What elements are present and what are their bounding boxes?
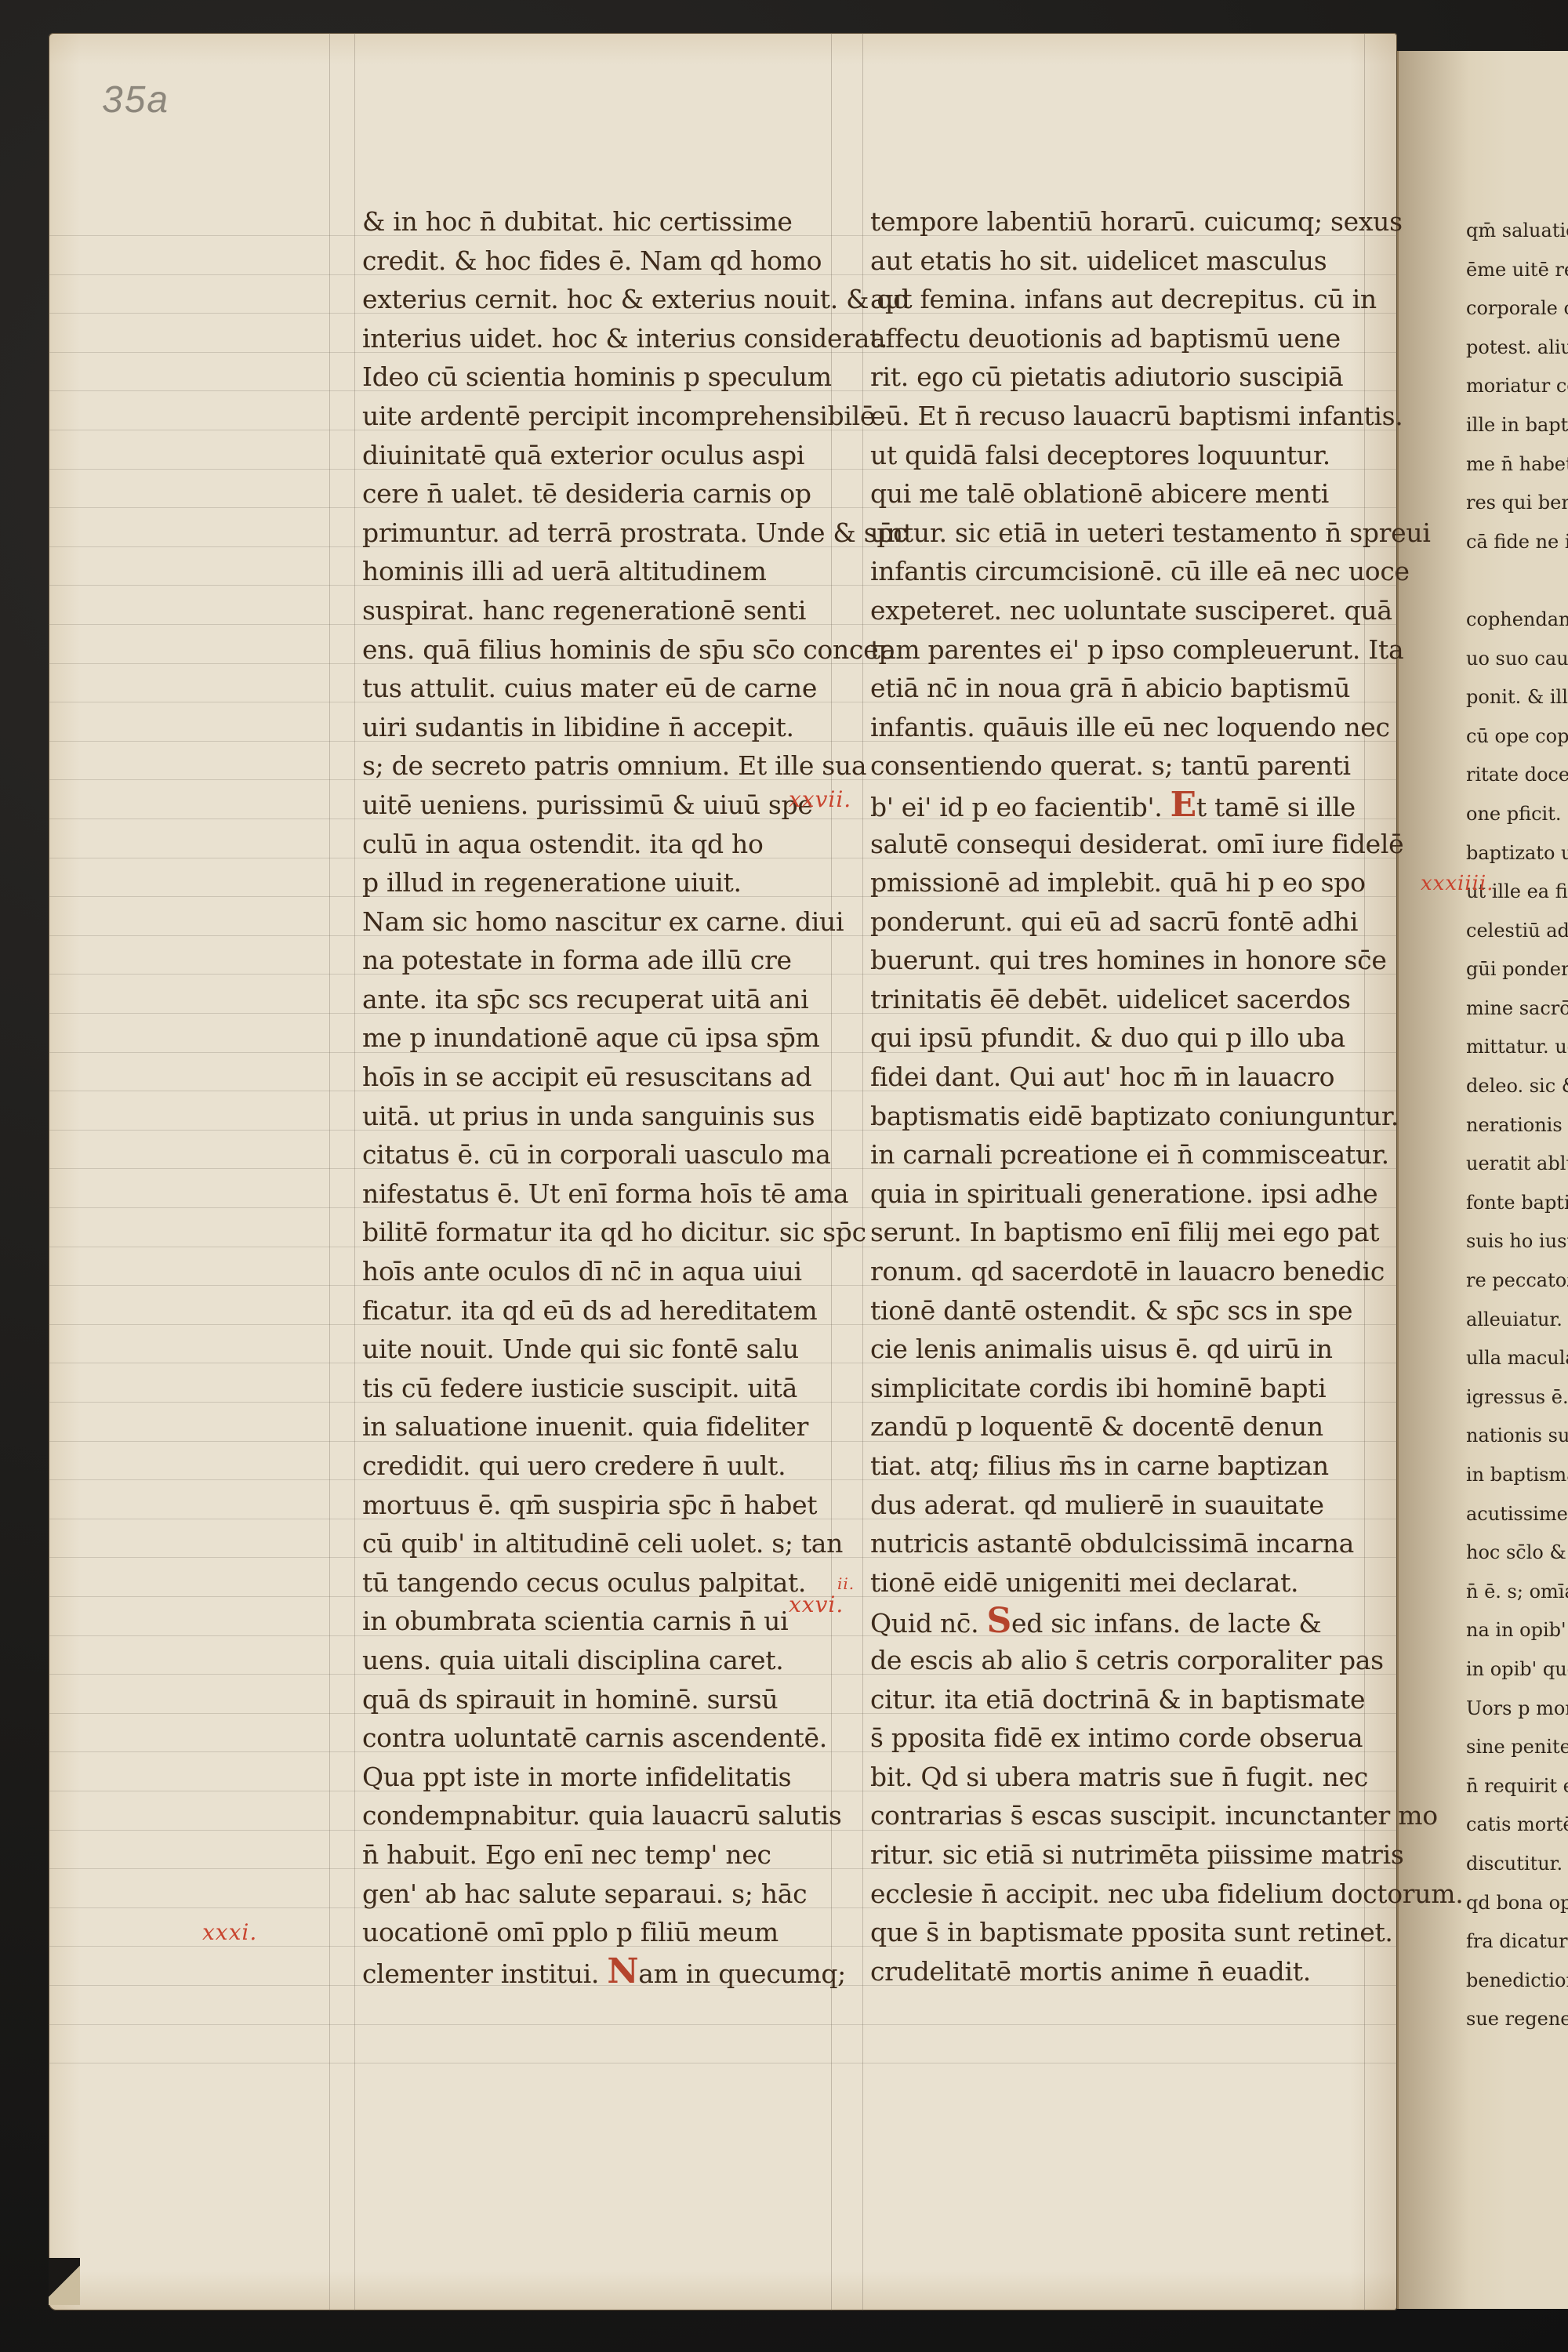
- text-line: in obumbrata scientia carnis n̄ ui: [362, 1602, 848, 1641]
- text-line: moriatur conterit.: [1466, 367, 1568, 406]
- text-line: pmissionē ad implebit. quā hi p eo spo: [870, 863, 1372, 902]
- text-line: uocationē omī pplo p filiū meum: [362, 1913, 848, 1952]
- text-line: qd bona opa fuis: [1466, 1884, 1568, 1923]
- text-line: in opib' que ptin: [1466, 1650, 1568, 1690]
- text-line: infantis. quāuis ille eū nec loquendo ne…: [870, 708, 1372, 747]
- text-line: deleo. sic & in i: [1466, 1067, 1568, 1106]
- text-line: uitā. ut prius in unda sanguinis sus: [362, 1097, 848, 1136]
- text-line: n̄ ē. s; omīa apta: [1466, 1573, 1568, 1612]
- text-line: cie lenis animalis uisus ē. qd uirū in: [870, 1330, 1372, 1369]
- ruling-line: [862, 33, 863, 2310]
- text-line: nationis sue cin: [1466, 1417, 1568, 1456]
- text-line: ritur. sic etiā si nutrimēta piissime ma…: [870, 1835, 1372, 1875]
- text-line: fidei dant. Qui aut' hoc m̄ in lauacro: [870, 1058, 1372, 1097]
- folio-number: 35a: [102, 78, 169, 122]
- text-line: Quid nc̄. Sed sic infans. de lacte &: [870, 1602, 1372, 1641]
- text-column-middle: tempore labentiū horarū. cuicumq; sexusa…: [870, 202, 1372, 1991]
- text-line: potest. alius ei illo: [1466, 328, 1568, 368]
- text-line: ponderunt. qui eū ad sacrū fontē adhi: [870, 902, 1372, 942]
- text-line: me p inundationē aque cū ipsa sp̄m: [362, 1018, 848, 1058]
- text-line: me n̄ habet. ad: [1466, 445, 1568, 485]
- text-line: tus attulit. cuius mater eū de carne: [362, 669, 848, 708]
- text-line: ante. ita sp̄c scs recuperat uitā ani: [362, 980, 848, 1019]
- text-line: discutitur. Ubi qu: [1466, 1845, 1568, 1884]
- text-line: sine penitentia o: [1466, 1728, 1568, 1767]
- text-line: nerationis pfun: [1466, 1106, 1568, 1145]
- text-line: tam parentes ei' p ipso compleuerunt. It…: [870, 630, 1372, 670]
- text-line: etiā nc̄ in noua grā n̄ abicio baptismū: [870, 669, 1372, 708]
- text-line: baptizato uba: [1466, 834, 1568, 873]
- text-line: aut etatis ho sit. uidelicet masculus: [870, 241, 1372, 281]
- text-line: uitē ueniens. purissimū & uiuū spe: [362, 786, 848, 825]
- text-line: in carnali pcreatione ei n̄ commisceatur…: [870, 1135, 1372, 1174]
- text-line: nifestatus ē. Ut enī forma hoīs tē ama: [362, 1174, 848, 1214]
- text-line: de escis ab alio s̄ cetris corporaliter …: [870, 1641, 1372, 1680]
- text-line: [1466, 561, 1568, 601]
- text-line: baptismatis eidē baptizato coniunguntur.: [870, 1097, 1372, 1136]
- text-line: culū in aqua ostendit. ita qd ho: [362, 825, 848, 864]
- text-line: condempnabitur. quia lauacrū salutis: [362, 1796, 848, 1835]
- text-line: uo suo causā su: [1466, 640, 1568, 679]
- text-line: quā ds spirauit in hominē. sursū: [362, 1680, 848, 1719]
- text-line: ulla macula pe: [1466, 1339, 1568, 1378]
- text-line: hominis illi ad uerā altitudinem: [362, 552, 848, 591]
- text-line: ut quidā falsi deceptores loquuntur.: [870, 436, 1372, 475]
- ruling-line: [49, 2024, 1397, 2025]
- text-line: bit. Qd si ubera matris sue n̄ fugit. ne…: [870, 1758, 1372, 1797]
- text-line: contra uoluntatē carnis ascendentē.: [362, 1719, 848, 1758]
- text-line: cere n̄ ualet. tē desideria carnis op: [362, 474, 848, 514]
- text-line: credit. & hoc fides ē. Nam qd homo: [362, 241, 848, 281]
- text-line: Ideo cū scientia hominis p speculum: [362, 358, 848, 397]
- text-line: uiri sudantis in libidine n̄ accepit.: [362, 708, 848, 747]
- text-line: benedictionis baptis: [1466, 1962, 1568, 2001]
- text-line: simplicitate cordis ibi hominē bapti: [870, 1369, 1372, 1408]
- text-line: credidit. qui uero credere n̄ uult.: [362, 1446, 848, 1486]
- text-line: gūi pondere p: [1466, 950, 1568, 989]
- text-line: infantis circumcisionē. cū ille eā nec u…: [870, 552, 1372, 591]
- text-line: hoīs ante oculos dī nc̄ in aqua uiui: [362, 1252, 848, 1291]
- text-line: quia in spirituali generatione. ipsi adh…: [870, 1174, 1372, 1214]
- text-line: n̄ requirit eā. ui: [1466, 1767, 1568, 1806]
- text-line: ritate docet. &: [1466, 756, 1568, 795]
- text-line: untur. sic etiā in ueteri testamento n̄ …: [870, 514, 1372, 553]
- text-line: catis mortē. mor: [1466, 1806, 1568, 1845]
- text-line: tis cū federe iusticie suscipit. uitā: [362, 1369, 848, 1408]
- ruling-line: [329, 33, 330, 2310]
- text-line: salutē consequi desiderat. omī iure fide…: [870, 825, 1372, 864]
- text-line: serunt. In baptismo enī filij mei ego pa…: [870, 1213, 1372, 1252]
- text-line: expeteret. nec uoluntate susciperet. quā: [870, 591, 1372, 630]
- text-column-left: & in hoc n̄ dubitat. hic certissimecredi…: [362, 202, 848, 1991]
- text-line: s; de secreto patris omnium. Et ille sua: [362, 746, 848, 786]
- text-line: acutissime pspic: [1466, 1495, 1568, 1534]
- text-line: Uors p mortē pl: [1466, 1690, 1568, 1729]
- text-line: p illud in regeneratione uiuit.: [362, 863, 848, 902]
- text-line: trinitatis ēē debēt. uidelicet sacerdos: [870, 980, 1372, 1019]
- text-line: tionē eidē unigeniti mei declarat.: [870, 1563, 1372, 1602]
- text-line: cophendant pp: [1466, 601, 1568, 640]
- text-line: fonte baptisma: [1466, 1184, 1568, 1223]
- text-line: alleuiatur. Nam: [1466, 1301, 1568, 1340]
- text-line: dus aderat. qd mulierē in suauitate: [870, 1486, 1372, 1525]
- text-line: tū tangendo cecus oculus palpitat.: [362, 1563, 848, 1602]
- text-line: na in opib' mort: [1466, 1611, 1568, 1650]
- text-line: Nam sic homo nascitur ex carne. diui: [362, 902, 848, 942]
- text-line: cū ope coplet. &: [1466, 717, 1568, 757]
- text-line: eū. Et n̄ recuso lauacrū baptismi infant…: [870, 397, 1372, 436]
- text-line: mine sacrō sc̄e: [1466, 989, 1568, 1029]
- text-line: tempore labentiū horarū. cuicumq; sexus: [870, 202, 1372, 241]
- text-line: uite nouit. Unde qui sic fontē salu: [362, 1330, 848, 1369]
- text-line: b' ei' id p eo facientib'. Et tamē si il…: [870, 786, 1372, 825]
- folded-corner: [49, 2258, 80, 2305]
- decorated-initial: N: [607, 1951, 638, 1991]
- text-line: interius uidet. hoc & interius considera…: [362, 319, 848, 358]
- text-line: diuinitatē quā exterior oculus aspi: [362, 436, 848, 475]
- text-line: rit. ego cū pietatis adiutorio suscipiā: [870, 358, 1372, 397]
- text-line: corporale cibū d: [1466, 289, 1568, 328]
- text-line: cū quib' in altitudinē celi uolet. s; ta…: [362, 1524, 848, 1563]
- text-line: re peccatoꝝ su: [1466, 1261, 1568, 1301]
- text-line: clementer institui. Nam in quecumq;: [362, 1952, 848, 1991]
- text-column-facing: qm̄ saluationē anēme uitē recusancorpora…: [1466, 212, 1568, 2039]
- chapter-number-rubric: xxxi.: [202, 1919, 257, 1945]
- text-line: in baptismate m: [1466, 1456, 1568, 1495]
- text-line: crudelitatē mortis anime n̄ euadit.: [870, 1952, 1372, 1991]
- text-line: gen' ab hac salute separaui. s; hāc: [362, 1875, 848, 1914]
- chapter-number-rubric: xxvi.: [789, 1592, 844, 1617]
- text-line: res qui ben ipsi: [1466, 484, 1568, 523]
- text-line: bilitē formatur ita qd ho dicitur. sic s…: [362, 1213, 848, 1252]
- text-line: ille in baptismo: [1466, 406, 1568, 445]
- text-line: buerunt. qui tres homines in honore sc̄e: [870, 941, 1372, 980]
- text-line: ecclesie n̄ accipit. nec uba fidelium do…: [870, 1875, 1372, 1914]
- text-line: hoīs in se accipit eū resuscitans ad: [362, 1058, 848, 1097]
- text-line: ueratit abluo.: [1466, 1145, 1568, 1184]
- text-line: ens. quā filius hominis de sp̄u sc̄o con…: [362, 630, 848, 670]
- text-line: nutricis astantē obdulcissimā incarna: [870, 1524, 1372, 1563]
- text-line: mittatur. uere o: [1466, 1028, 1568, 1067]
- text-line: in saluatione inuenit. quia fideliter: [362, 1407, 848, 1446]
- text-line: igressus ē. cū ma: [1466, 1378, 1568, 1417]
- text-line: suspirat. hanc regenerationē senti: [362, 591, 848, 630]
- text-line: uens. quia uitali disciplina caret.: [362, 1641, 848, 1680]
- text-line: exterius cernit. hoc & exterius nouit. &…: [362, 280, 848, 319]
- text-line: consentiendo querat. s; tantū parenti: [870, 746, 1372, 786]
- text-line: zandū p loquentē & docentē denun: [870, 1407, 1372, 1446]
- chapter-number-rubric: xxvii.: [789, 786, 851, 812]
- text-line: contrarias s̄ escas suscipit. incunctant…: [870, 1796, 1372, 1835]
- text-line: one pficit. ac fi: [1466, 795, 1568, 834]
- text-line: na potestate in forma ade illū cre: [362, 941, 848, 980]
- text-line: sue regeneratio: [1466, 2000, 1568, 2039]
- text-line: ronum. qd sacerdotē in lauacro benedic: [870, 1252, 1372, 1291]
- chapter-number-superscript: ii.: [837, 1574, 855, 1593]
- text-line: tionē dantē ostendit. & sp̄c scs in spe: [870, 1291, 1372, 1330]
- text-line: celestiū ad imp: [1466, 912, 1568, 951]
- ruling-line: [49, 2063, 1397, 2063]
- text-line: fra dicatur ilis: [1466, 1922, 1568, 1962]
- text-line: & in hoc n̄ dubitat. hic certissime: [362, 202, 848, 241]
- text-line: uite ardentē percipit incomprehensibilē: [362, 397, 848, 436]
- text-line: ēme uitē recusan: [1466, 251, 1568, 290]
- text-line: s̄ pposita fidē ex intimo corde obserua: [870, 1719, 1372, 1758]
- text-line: citatus ē. cū in corporali uasculo ma: [362, 1135, 848, 1174]
- decorated-initial: E: [1171, 785, 1196, 825]
- text-line: ficatur. ita qd eū ds ad hereditatem: [362, 1291, 848, 1330]
- text-line: Qua ppt iste in morte infidelitatis: [362, 1758, 848, 1797]
- text-line: hoc sc̄lo & in etn: [1466, 1534, 1568, 1573]
- text-line: mortuus ē. qm̄ suspiria sp̄c n̄ habet: [362, 1486, 848, 1525]
- chapter-number-rubric: xxxiiii.: [1421, 872, 1494, 895]
- ruling-line: [354, 33, 355, 2310]
- text-line: n̄ habuit. Ego enī nec temp' nec: [362, 1835, 848, 1875]
- decorated-initial: S: [987, 1601, 1011, 1641]
- text-line: ponit. & ille ea: [1466, 678, 1568, 717]
- text-line: que s̄ in baptismate pposita sunt retine…: [870, 1913, 1372, 1952]
- text-line: suis ho iustifica: [1466, 1222, 1568, 1261]
- text-line: qui ipsū pfundit. & duo qui p illo uba: [870, 1018, 1372, 1058]
- text-line: citur. ita etiā doctrinā & in baptismate: [870, 1680, 1372, 1719]
- text-line: affectu deuotionis ad baptismū uene: [870, 319, 1372, 358]
- text-line: cā fide ne in la: [1466, 523, 1568, 562]
- text-line: qm̄ saluationē an: [1466, 212, 1568, 251]
- text-line: primuntur. ad terrā prostrata. Unde & sp…: [362, 514, 848, 553]
- text-line: qui me talē oblationē abicere menti: [870, 474, 1372, 514]
- text-line: aut femina. infans aut decrepitus. cū in: [870, 280, 1372, 319]
- text-line: tiat. atq; filius m̄s in carne baptizan: [870, 1446, 1372, 1486]
